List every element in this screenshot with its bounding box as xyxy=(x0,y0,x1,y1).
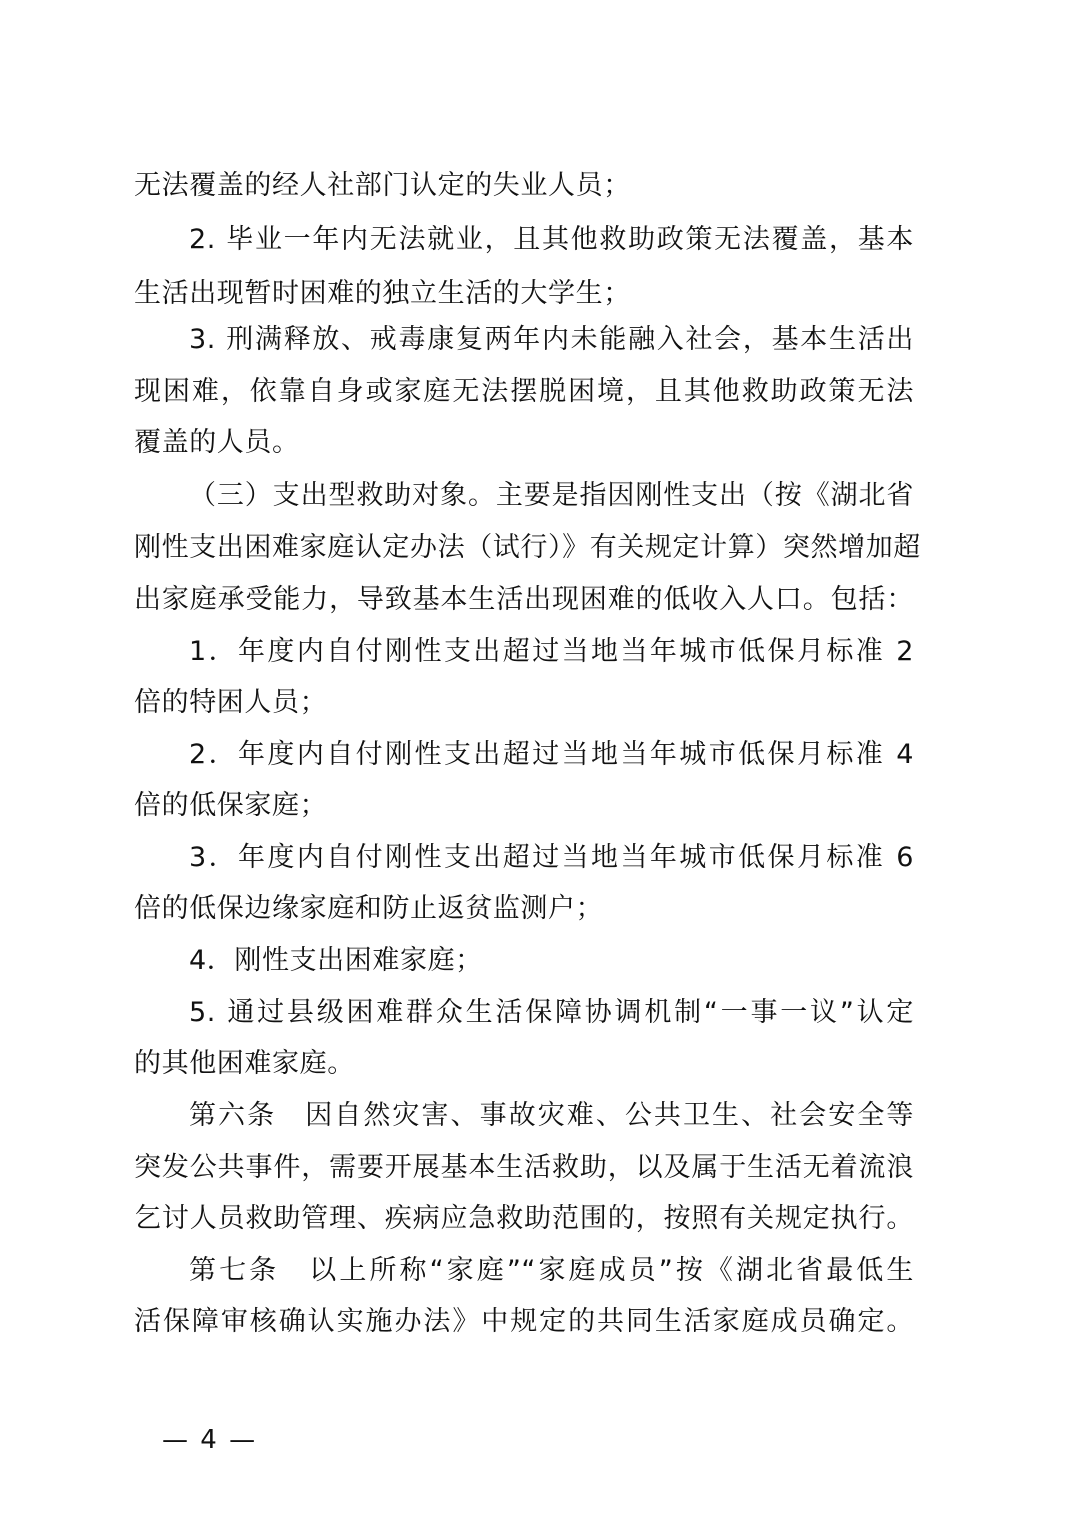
text-line: 倍的低保边缘家庭和防止返贫监测户； xyxy=(134,889,914,929)
text-line: 的其他困难家庭。 xyxy=(134,1044,914,1084)
text-line: 2. 毕业一年内无法就业，且其他救助政策无法覆盖，基本 xyxy=(189,220,914,260)
text-line: 乞讨人员救助管理、疾病应急救助范围的，按照有关规定执行。 xyxy=(134,1199,914,1239)
text-line: 倍的低保家庭； xyxy=(134,786,914,826)
text-line: 出家庭承受能力，导致基本生活出现困难的低收入人口。包括： xyxy=(134,580,914,620)
text-line: 1．年度内自付刚性支出超过当地当年城市低保月标准 2 xyxy=(189,632,914,672)
text-line: 2．年度内自付刚性支出超过当地当年城市低保月标准 4 xyxy=(189,735,914,775)
page-number: — 4 — xyxy=(162,1422,257,1458)
text-line: 第七条 以上所称“家庭”“家庭成员”按《湖北省最低生 xyxy=(189,1251,914,1291)
text-line: 活保障审核确认实施办法》中规定的共同生活家庭成员确定。 xyxy=(134,1302,914,1342)
text-line: 刚性支出困难家庭认定办法（试行）》有关规定计算）突然增加超 xyxy=(134,528,914,568)
text-line: 5. 通过县级困难群众生活保障协调机制“一事一议”认定 xyxy=(189,993,914,1033)
text-line: 突发公共事件，需要开展基本生活救助，以及属于生活无着流浪 xyxy=(134,1148,914,1188)
text-line: 无法覆盖的经人社部门认定的失业人员； xyxy=(134,166,914,206)
text-line: 生活出现暂时困难的独立生活的大学生； xyxy=(134,274,914,314)
text-line: 3．年度内自付刚性支出超过当地当年城市低保月标准 6 xyxy=(189,838,914,878)
text-line: 3. 刑满释放、戒毒康复两年内未能融入社会，基本生活出 xyxy=(189,320,914,360)
text-line: （三）支出型救助对象。主要是指因刚性支出（按《湖北省 xyxy=(189,476,914,516)
text-line: 倍的特困人员； xyxy=(134,683,914,723)
text-line: 4．刚性支出困难家庭； xyxy=(189,941,914,981)
text-line: 覆盖的人员。 xyxy=(134,423,914,463)
document-page: 无法覆盖的经人社部门认定的失业人员； 2. 毕业一年内无法就业，且其他救助政策无… xyxy=(0,0,1074,1520)
text-line: 第六条 因自然灾害、事故灾难、公共卫生、社会安全等 xyxy=(189,1096,914,1136)
text-line: 现困难，依靠自身或家庭无法摆脱困境，且其他救助政策无法 xyxy=(134,372,914,412)
